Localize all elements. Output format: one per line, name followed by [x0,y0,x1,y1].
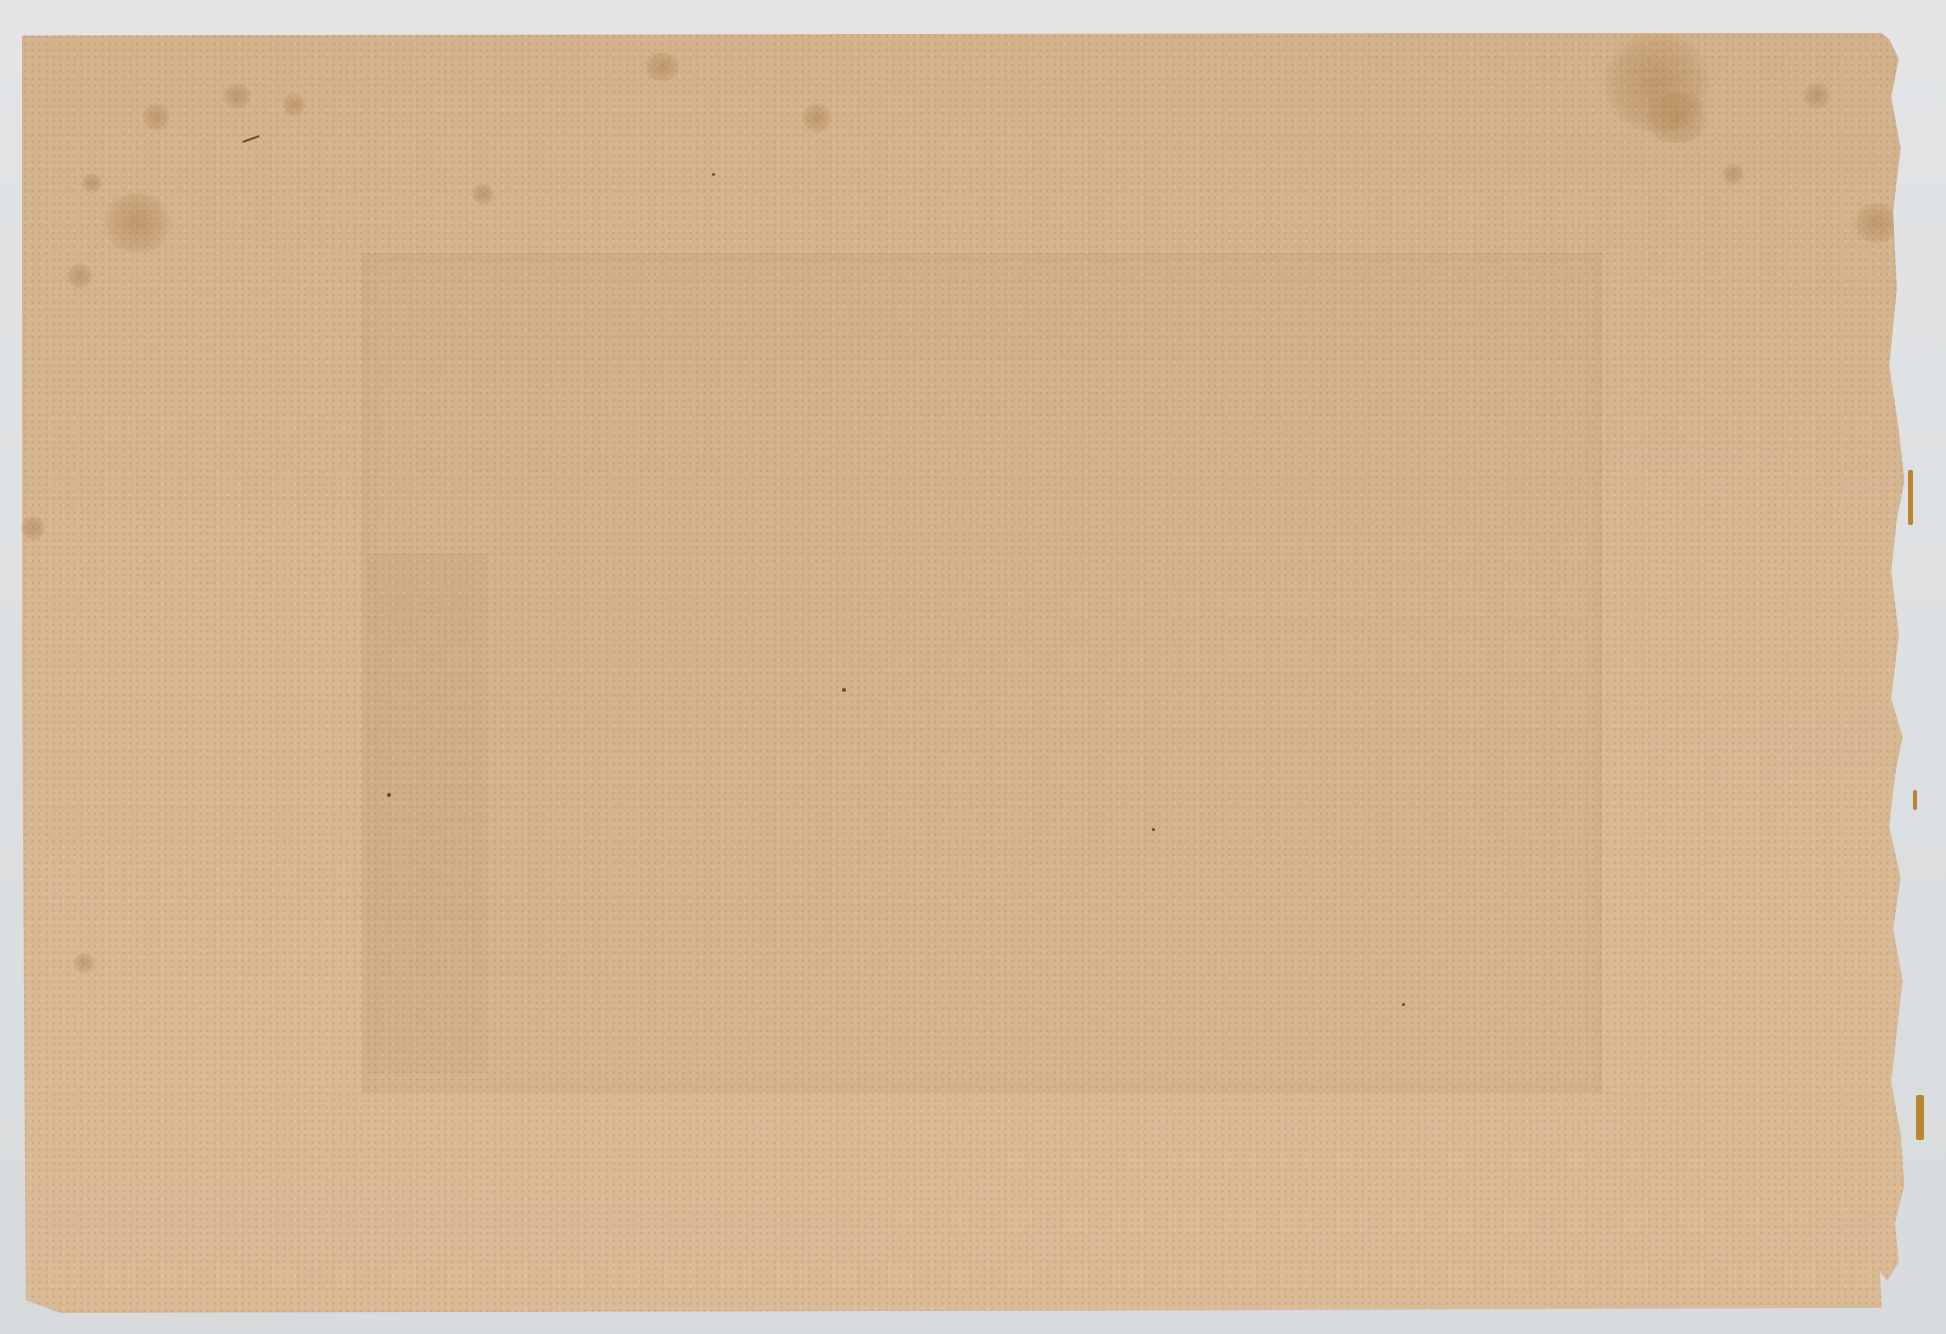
foxing-spot [67,263,93,289]
foxing-spot [1852,203,1902,243]
ink-speck [1152,828,1155,831]
foxing-spot [802,103,832,133]
edge-tab [1916,1095,1924,1140]
foxing-spot [642,53,682,81]
ink-speck [1402,1003,1405,1006]
ink-speck [842,688,846,692]
foxing-spot [1642,93,1712,143]
foxing-spot [282,93,306,117]
foxing-spot [72,953,96,973]
edge-tab [1913,790,1917,810]
plate-mark-shadow-band [367,553,487,1073]
photo-scene [0,0,1946,1334]
foxing-spot [142,103,170,131]
foxing-spot [82,173,102,193]
ink-speck [242,135,260,143]
foxing-spot [222,83,252,109]
foxing-spot [22,513,44,543]
plate-mark-tone [362,253,1602,1093]
foxing-spot [472,183,494,205]
ink-speck [387,793,391,797]
foxing-spot [102,193,172,253]
foxing-spot [1722,163,1744,185]
paper-sheet [22,33,1912,1313]
ink-speck [712,173,715,176]
foxing-spot [1802,83,1832,109]
edge-tab [1908,470,1913,525]
